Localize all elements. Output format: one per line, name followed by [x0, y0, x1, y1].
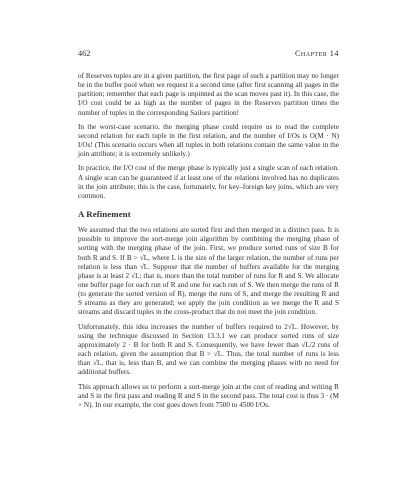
- page-number: 462: [78, 49, 90, 58]
- page-scan-area: 462 Chapter 14 of Reserves tuples are in…: [78, 49, 339, 410]
- chapter-label: Chapter 14: [295, 49, 339, 58]
- paragraph-refinement-merge: We assumed that the two relations are so…: [78, 226, 339, 318]
- paragraph-in-practice: In practice, the I/O cost of the merge p…: [78, 164, 339, 201]
- book-page: 462 Chapter 14 of Reserves tuples are in…: [0, 0, 408, 480]
- paragraph-buffer-requirement: Unfortunately, this idea increases the n…: [78, 323, 339, 378]
- paragraph-worst-case: In the worst-case scenario, the merging …: [78, 123, 339, 160]
- paragraph-reserves-partition: of Reserves tuples are in a given partit…: [78, 72, 339, 118]
- section-heading-a-refinement: A Refinement: [78, 209, 339, 219]
- paragraph-total-cost: This approach allows us to perform a sor…: [78, 383, 339, 410]
- running-head: 462 Chapter 14: [78, 49, 339, 58]
